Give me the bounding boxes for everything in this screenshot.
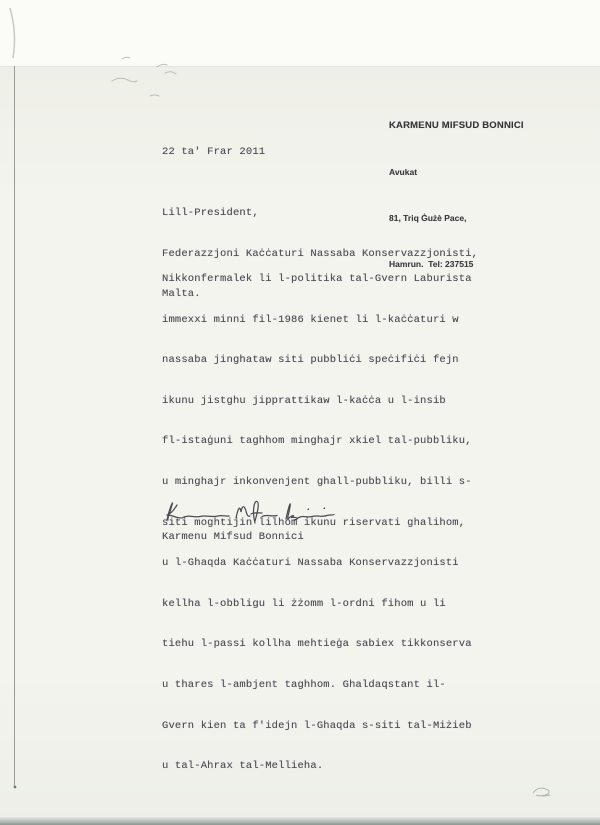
body-line: immexxi minni fil-1986 kienet li l-kaċċa… — [162, 312, 472, 329]
scanner-bottom-edge — [0, 817, 600, 825]
page-edge-line-tip — [14, 786, 17, 789]
letterhead-name: KARMENU MIFSUD BONNICI — [389, 120, 524, 131]
body-line: u tal-Ahrax tal-Mellieha. — [162, 758, 472, 775]
bottom-right-smudge — [533, 788, 550, 796]
body-line: u minghajr inkonvenjent ghall-pubbliku, … — [162, 474, 472, 491]
body-line: tiehu l-passi kollha mehtieġa sabiex tik… — [162, 636, 472, 653]
letter-date: 22 ta' Frar 2011 — [162, 146, 265, 158]
handwritten-signature-icon — [158, 494, 336, 532]
body-line: kellha l-obbligu li żżomm l-ordni fihom … — [162, 596, 472, 613]
body-line: u thares l-ambjent taghhom. Ghaldaqstant… — [162, 677, 472, 694]
letterhead-title: Avukat — [389, 167, 524, 177]
body-line: nassaba jinghataw siti pubbliċi speċifiċ… — [162, 352, 472, 369]
recipient-line: Lill-President, — [162, 205, 478, 222]
body-line: ikunu jistghu jipprattikaw l-kaċċa u l-i… — [162, 393, 472, 410]
typed-signature-name: Karmenu Mifsud Bonnici — [162, 531, 304, 543]
scanned-letter-page: KARMENU MIFSUD BONNICI Avukat 81, Triq Ġ… — [0, 0, 600, 825]
body-line: Nikkonfermalek li l-politika tal-Gvern L… — [162, 271, 472, 288]
body-line: fl-istaġuni taghhom minghajr xkiel tal-p… — [162, 433, 472, 450]
body-line: u l-Ghaqda Kaċċaturi Nassaba Konservazzj… — [162, 555, 472, 572]
body-line: Gvern kien ta f'idejn l-Ghaqda s-siti ta… — [162, 718, 472, 735]
scanner-top-strip — [0, 0, 600, 67]
